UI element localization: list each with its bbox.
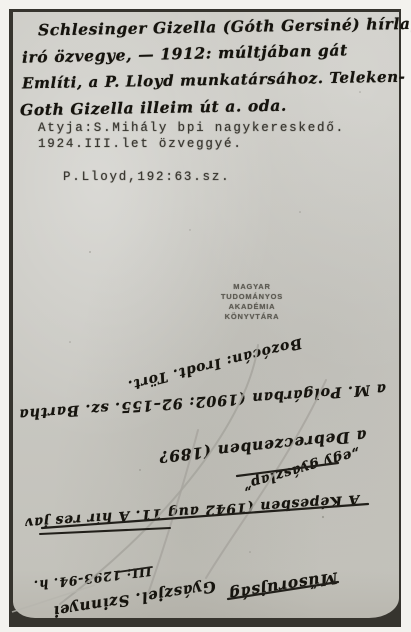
typed-line: 1924.III.let özveggyé. bbox=[38, 137, 243, 151]
stamp-line: KÖNYVTÁRA bbox=[200, 312, 304, 322]
scanned-card-page: Schlesinger Gizella (Góth Gersiné) hírla… bbox=[0, 0, 411, 632]
stamp-line: TUDOMÁNYOS AKADÉMIA bbox=[200, 292, 304, 312]
stamp-line: MAGYAR bbox=[200, 282, 304, 292]
typed-line: Atyja:S.Mihály bpi nagykereskedő. bbox=[38, 121, 345, 135]
library-stamp: MAGYAR TUDOMÁNYOS AKADÉMIA KÖNYVTÁRA bbox=[200, 282, 304, 322]
typed-reference-line: P.Lloyd,192:63.sz. bbox=[63, 170, 230, 184]
